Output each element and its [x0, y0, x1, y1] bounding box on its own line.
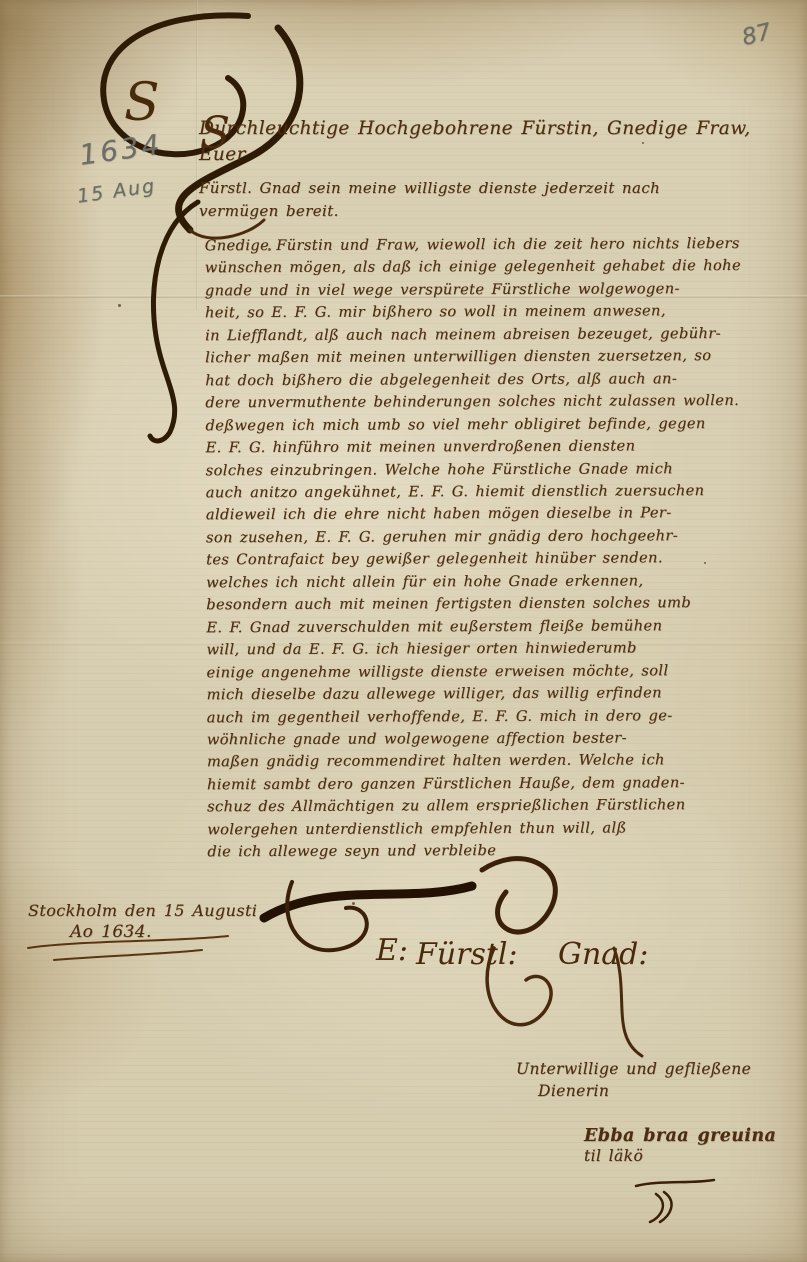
dateline-place: Stockholm den 15 Augusti [28, 901, 257, 920]
signature-name: Ebba braa greuina [584, 1126, 776, 1146]
signature-underline-squiggle [630, 1178, 720, 1224]
closing-line-1: Unterwillige und gefließene [516, 1060, 751, 1078]
valediction-seg-1: E: [375, 933, 408, 968]
salutation-block: Durchleuchtige Hochgebohrene Fürstin, Gn… [199, 116, 795, 222]
signature-block: Ebba braa greuina til läkö [584, 1126, 776, 1165]
closing-block: Unterwillige und gefließene Dienerin [516, 1060, 751, 1100]
dateline-underline-swash [24, 930, 234, 974]
valediction-flourish: E: Fürstl: Gnad: [258, 852, 678, 1072]
manuscript-page: S S 1634 15 Aug 87 Durchleuchtige Hochge… [0, 0, 807, 1262]
ink-speck [118, 304, 121, 307]
closing-line-2: Dienerin [538, 1082, 751, 1100]
letter-body: Gnedige Fürstin und Fraw, wiewoll ich di… [205, 233, 794, 864]
valediction-seg-2: Fürstl: [415, 937, 518, 972]
valediction-seg-3: Gnad: [558, 937, 648, 972]
salutation-line-2: Fürstl. Gnad sein meine willigste dienst… [199, 176, 795, 200]
monogram-letter: S [124, 73, 160, 133]
salutation-line-1: Durchleuchtige Hochgebohrene Fürstin, Gn… [199, 116, 795, 168]
salutation-line-3: vermügen bereit. [199, 200, 795, 222]
signature-title: til läkö [584, 1147, 776, 1165]
archive-page-number: 87 [739, 19, 774, 51]
